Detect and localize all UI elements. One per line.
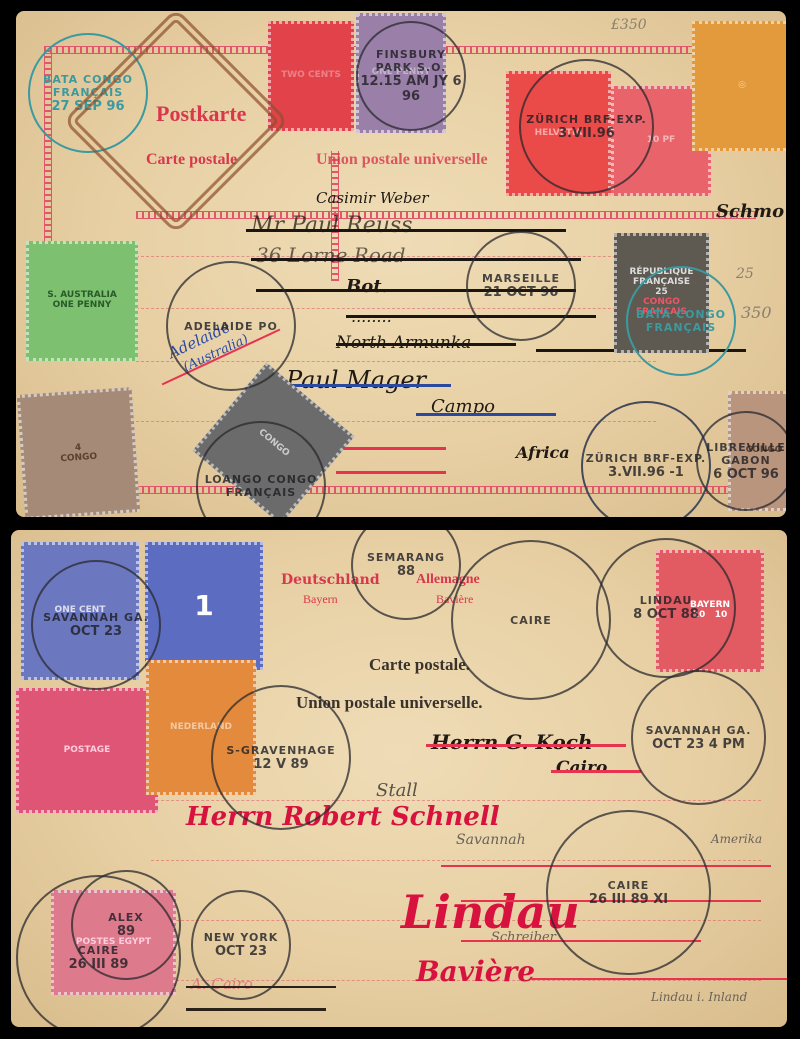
struck-line: Mr Paul Reuss [251, 213, 413, 238]
pencil-line: Savannah [456, 832, 526, 848]
handwritten-side-note: Schmo [716, 201, 784, 222]
postmark-gabon: LIBREVILLE GABON6 OCT 96 [696, 411, 786, 511]
handwritten-addressee: Casimir Weber [316, 189, 429, 207]
pencil-price-note: £350 [611, 17, 647, 33]
stamp-south-australia: S. AUSTRALIAONE PENNY [26, 241, 138, 361]
blue-strike [281, 384, 451, 387]
strike-through [336, 343, 516, 346]
stamp-us-red: POSTAGE [16, 688, 158, 813]
postcard-top: Postkarte Carte postale Union postale un… [16, 11, 786, 517]
red-strike [336, 471, 446, 474]
blue-strike [416, 413, 556, 416]
handwritten-stall: Stall [376, 780, 418, 801]
pencil-line: Amerika [711, 832, 762, 846]
address-line [136, 421, 656, 422]
postmark-finsbury-park: FINSBURY PARK S.O.12.15 AM JY 6 96 [356, 21, 466, 131]
postcard-bottom: Deutschland Bayern Allemagne Bavière Car… [11, 530, 787, 1027]
pencil-note-1: 25 [736, 266, 754, 282]
postmark-zurich-2: ZÜRICH BRF-EXP.3.VII.96 -1 [581, 401, 711, 517]
pencil-note-2: 350 [741, 303, 772, 322]
postmark-caire-1: CAIRE26 III 89 XI [546, 810, 711, 975]
postmark-gravenhage: S-GRAVENHAGE12 V 89 [211, 685, 351, 830]
postmark-adelaide: ADELAIDE PO [166, 261, 296, 391]
postmark-new-york: NEW YORKOCT 23 [191, 890, 291, 1000]
printed-region-de: Bayern [303, 592, 338, 607]
postmark-savannah-1: SAVANNAH GA.OCT 23 [31, 560, 161, 690]
struck-addressee-name: Herrn G. Koch [431, 730, 593, 754]
struck-line: Bot. [346, 276, 388, 297]
postmark-alex: ALEX89 [71, 870, 181, 980]
redirect-country: Africa [516, 443, 570, 462]
card-border-mid [136, 211, 756, 219]
red-strike [551, 770, 641, 773]
stamp-congo-4c: 4CONGO [17, 387, 140, 517]
strike-through [186, 1008, 326, 1011]
postmark-caire-3: CAIRE [451, 540, 611, 700]
pencil-line: Schreiber [491, 930, 556, 945]
struck-addressee-city: Cairo [556, 758, 607, 778]
stamp-us-one-cent-2: 1 [145, 542, 263, 670]
red-strike [531, 978, 787, 980]
postmark-lindau: LINDAU8 OCT 88 [596, 538, 736, 678]
struck-line: 36 Lorne Road [256, 243, 406, 267]
red-strike [426, 744, 626, 747]
stamp-japan: ◎ [692, 21, 786, 151]
postmark-zurich-1: ZÜRICH BRF-EXP.3.VII.96 [519, 59, 654, 194]
printed-title: Carte postale. [369, 655, 470, 675]
postmark-bata-2: BATA CONGO FRANÇAIS [626, 266, 736, 376]
postmark-savannah-2: SAVANNAH GA.OCT 23 4 PM [631, 670, 766, 805]
printed-union: Union postale universelle [316, 151, 488, 169]
postmark-marseille: MARSEILLE21 OCT 96 [466, 231, 576, 341]
pencil-line: Lindau i. Inland [651, 990, 747, 1004]
red-addressee-country: Bavière [416, 955, 535, 988]
redirect-name: Paul Mager [286, 366, 426, 394]
